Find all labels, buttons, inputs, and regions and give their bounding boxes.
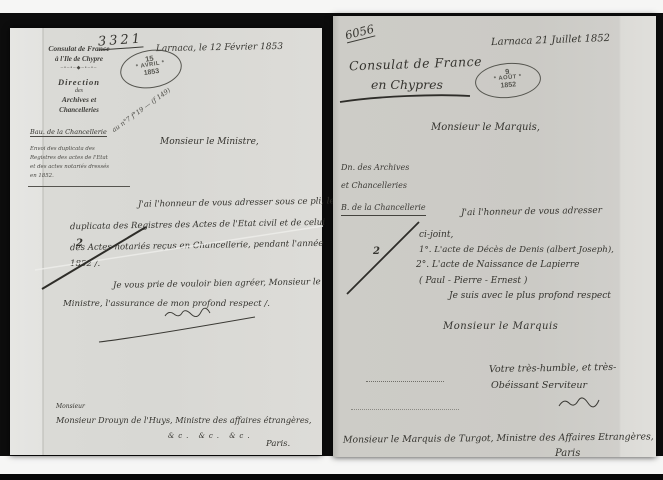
left-body-line: J'ai l'honneur de vous adresser sous ce … [138,196,339,210]
right-margin-mark: 2 [373,246,380,257]
right-body-line: 1°. L'acte de Décès de Denis (albert Jos… [419,245,614,255]
letterhead-consulate-line2: à l'Ile de Chypre [34,55,124,63]
letterhead-dept-line4: Chancelleries [34,106,124,114]
right-margin-block: Dn. des Archives et Chancelleries B. de … [341,159,426,216]
right-salutation: Monsieur le Marquis, [431,122,540,133]
scan-border-top [0,0,663,13]
left-letter-page: 3321 Consulat de France à l'Ile de Chypr… [10,28,322,455]
right-closing-line: Obéissant Serviteur [491,380,587,391]
right-margin-line: B. de la Chancellerie [341,202,426,216]
document-scan: 3321 Consulat de France à l'Ile de Chypr… [0,0,663,480]
letterhead-dept-line3: Archives et [34,95,124,104]
right-body-line: Je suis avec le plus profond respect [449,291,611,301]
dotted-rule [366,381,444,382]
letterhead-dept-line1: Direction [34,77,124,87]
left-address-line: Paris. [266,439,290,449]
signature-scribble [95,304,260,349]
left-address-line: &c. &c. &c. [168,432,254,440]
right-body-line: ( Paul - Pierre - Ernest ) [419,276,527,286]
letterhead-consulate-line1: Consulat de France [34,44,124,53]
signature-scribble [555,394,603,412]
right-margin-stroke [345,218,423,298]
scan-edge-bottom [0,474,663,480]
arrival-date-stamp-icon: 9 * AOÛT * 1852 [474,60,543,101]
left-bureau-line: Bau. de la Chancellerie [30,128,107,137]
left-margin-stroke [40,223,150,293]
right-address-line: Paris [555,448,580,459]
header-flourish-underline [338,92,473,104]
right-closing-line: Votre très-humble, et très- [489,362,617,375]
right-address-line: Monsieur le Marquis de Turgot, Ministre … [343,431,654,445]
left-printed-letterhead: Consulat de France à l'Ile de Chypre –•–… [34,44,124,114]
dotted-rule [351,409,459,410]
right-doc-number: 6056 [344,22,376,44]
left-margin-note: Envoi des duplicata des Registres des ac… [30,145,130,181]
right-header-line2: en Chypres [371,77,443,92]
arrival-date-stamp-icon: 15 * AVRIL * 1853 [117,45,184,92]
left-address-line: Monsieur Drouyn de l'Huys, Ministre des … [56,415,311,425]
right-header-line1: Consulat de France [349,54,482,74]
right-letter-page: 6056 Larnaca 21 Juillet 1852 Consulat de… [333,16,656,457]
left-margin-mark: 2 [76,238,83,249]
right-salutation-2: Monsieur le Marquis [443,321,558,332]
letterhead-dept-line2: des [34,88,124,94]
right-body-line: J'ai l'honneur de vous adresser [461,206,602,218]
left-address-line: Monsieur [56,403,85,410]
margin-note-line: Registres des actes de l'Etat [30,154,130,163]
right-dateline: Larnaca 21 Juillet 1852 [491,33,610,48]
right-margin-line: Dn. des Archives [341,159,426,177]
margin-note-line: Envoi des duplicata des [30,145,130,154]
right-body-line: ci-joint, [419,230,453,240]
right-body-line: 2°. L'acte de Naissance de Lapierre [416,260,580,270]
letterhead-ornament: –•–•–◆–•–•– [34,65,124,71]
right-margin-line: et Chancelleries [341,177,426,195]
margin-note-line: en 1852. [30,172,130,181]
margin-note-line: et des actes notariés dressés [30,163,130,172]
left-salutation: Monsieur le Ministre, [160,137,259,147]
margin-note-rule [28,186,130,187]
